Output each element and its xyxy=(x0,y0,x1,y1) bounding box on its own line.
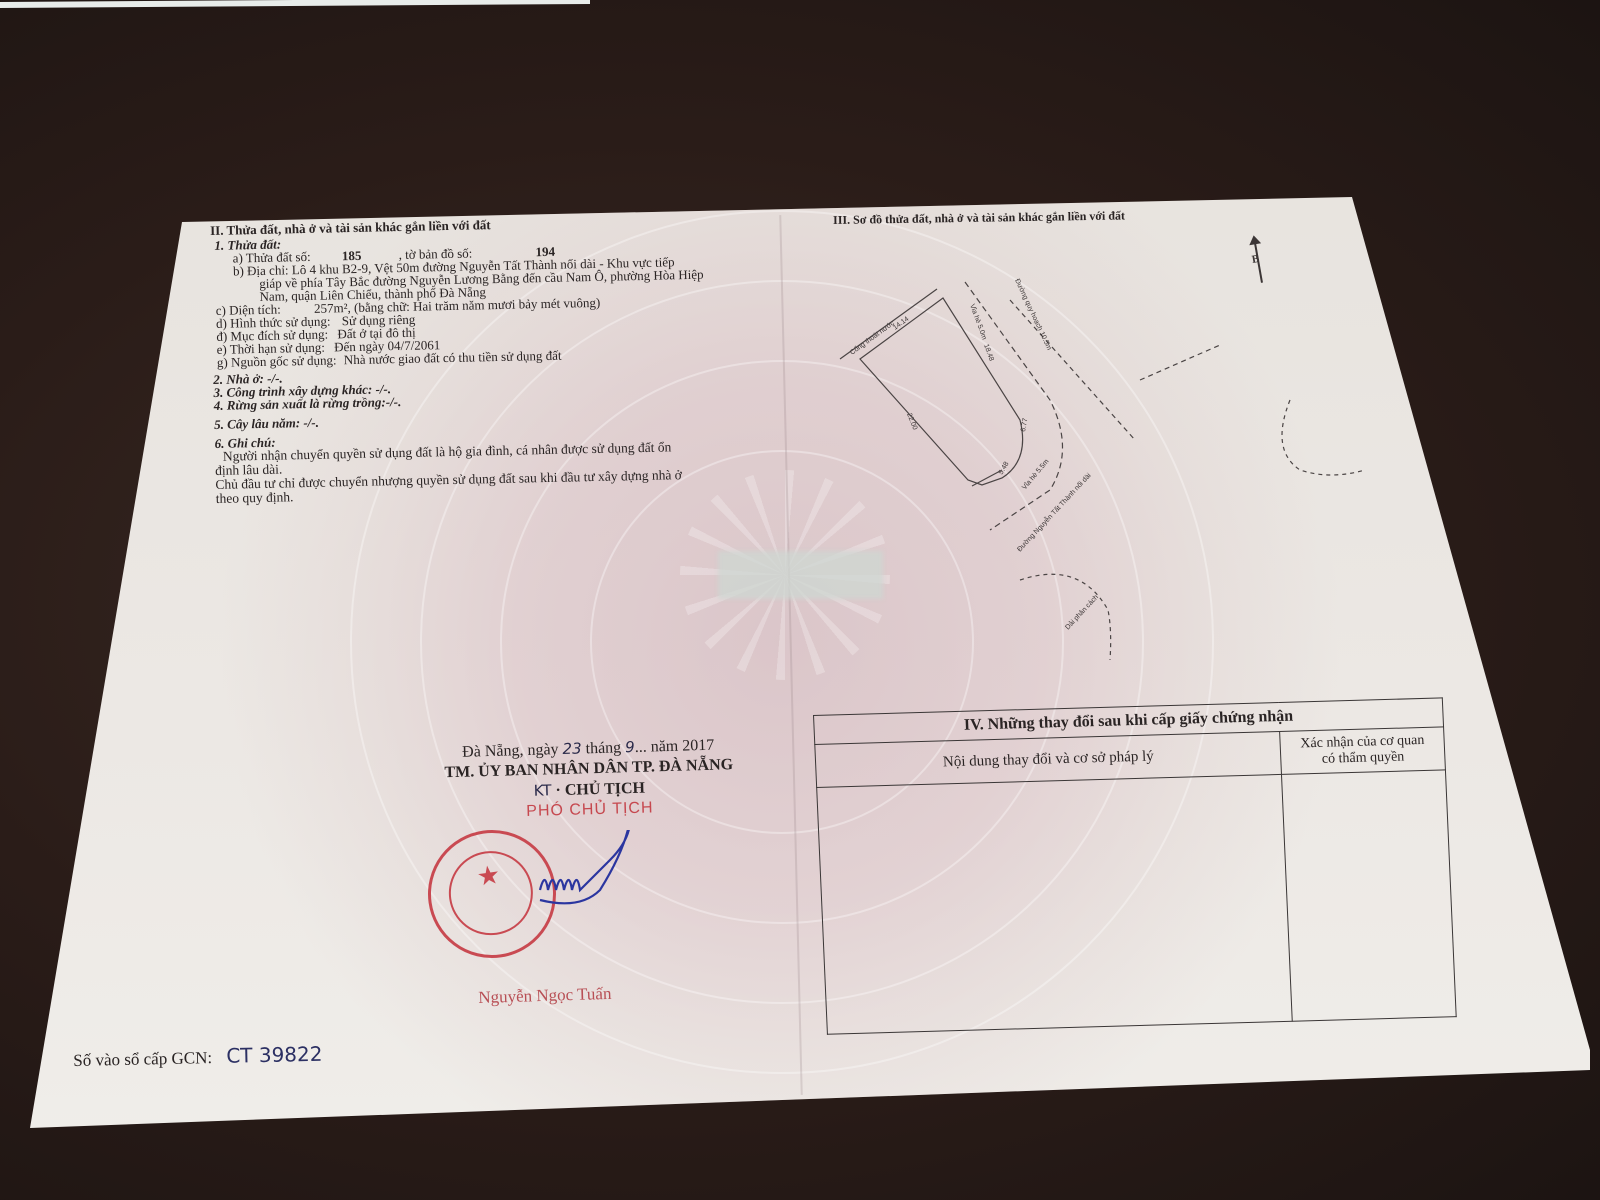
handwritten-signature xyxy=(530,830,640,940)
registry-value: CT 39822 xyxy=(226,1042,323,1068)
parcel-diagram: Cống thoát nước 14.14 Vỉa hè 5.0m 18.48 … xyxy=(0,0,1600,1200)
confirmation-cell xyxy=(1282,770,1456,1021)
col-authority-confirmation: Xác nhận của cơ quan có thẩm quyền xyxy=(1280,727,1445,775)
land-certificate: II. Thửa đất, nhà ở và tài sản khác gắn … xyxy=(0,0,1600,1200)
sidewalk-top-label: Vỉa hè 5.0m xyxy=(968,303,988,341)
issue-month: 9 xyxy=(625,738,635,756)
dim-right: 18.48 xyxy=(982,343,995,362)
sidewalk-bottom-label: Vỉa hè 5.5m xyxy=(1020,457,1050,491)
changes-table: IV. Những thay đổi sau khi cấp giấy chứn… xyxy=(813,697,1457,1034)
dim-arc: 6.77 xyxy=(1020,418,1029,433)
signer-name: Nguyễn Ngọc Tuấn xyxy=(478,984,612,1008)
dim-left: 22.00 xyxy=(905,412,918,431)
issue-day: 23 xyxy=(562,739,582,758)
change-content-cell xyxy=(817,774,1293,1034)
median-dashed xyxy=(1020,574,1111,660)
planned-road-label: Đường quy hoạch 10.5m xyxy=(1013,278,1052,352)
issue-year: 2017 xyxy=(682,737,714,755)
median-label: Dải phân cách xyxy=(1064,594,1100,632)
signature-block: Đà Nẵng, ngày 23 tháng 9... năm 2017 TM.… xyxy=(418,735,760,824)
